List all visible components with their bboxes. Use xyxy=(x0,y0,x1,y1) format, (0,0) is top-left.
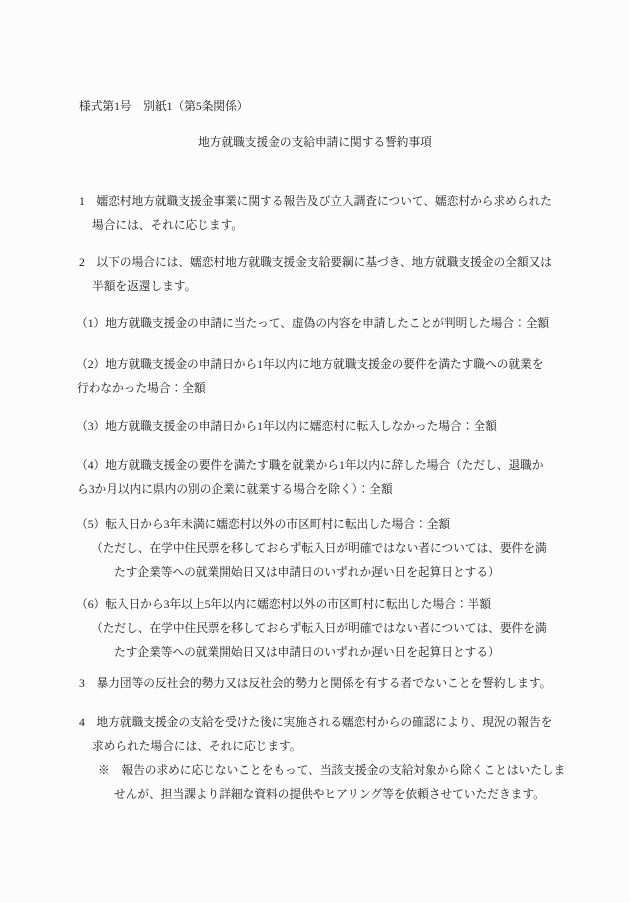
text-line: ら3か月以内に県内の別の企業に就業する場合を除く）：全額 xyxy=(0,478,630,502)
item-1: （1）地方就職支援金の申請に当たって、虚偽の内容を申請したことが判明した場合：全… xyxy=(0,312,630,336)
text-line: ※ 報告の求めに応じないことをもって、当該支援金の支給対象から除くことはいたしま xyxy=(0,759,630,783)
item-4: （4）地方就職支援金の要件を満たす職を就業から1年以内に辞した場合（ただし、退職… xyxy=(0,454,630,502)
text-line: 3 暴力団等の反社会的勢力又は反社会的勢力と関係を有する者でないことを誓約します… xyxy=(0,672,630,696)
form-label: 様式第1号 別紙1（第5条関係） xyxy=(0,95,630,119)
text-line: （6）転入日から3年以上5年以内に嬬恋村以外の市区町村に転出した場合：半額 xyxy=(0,593,630,617)
text-line: 1 嬬恋村地方就職支援金事業に関する報告及び立入調査について、嬬恋村から求められ… xyxy=(0,190,630,214)
item-5: （5）転入日から3年未満に嬬恋村以外の市区町村に転出した場合：全額（ただし、在学… xyxy=(0,513,630,585)
text-line: たす企業等への就業開始日又は申請日のいずれか遅い日を起算日とする） xyxy=(0,561,630,585)
text-line: せんが、担当課より詳細な資料の提供やヒアリング等を依頼させていただきます。 xyxy=(0,783,630,807)
clause-2: 2 以下の場合には、嬬恋村地方就職支援金支給要綱に基づき、地方就職支援金の全額又… xyxy=(0,251,630,299)
text-line: （ただし、在学中住民票を移しておらず転入日が明確ではない者については、要件を満 xyxy=(0,537,630,561)
text-line: 2 以下の場合には、嬬恋村地方就職支援金支給要綱に基づき、地方就職支援金の全額又… xyxy=(0,251,630,275)
text-line: （5）転入日から3年未満に嬬恋村以外の市区町村に転出した場合：全額 xyxy=(0,513,630,537)
item-3: （3）地方就職支援金の申請日から1年以内に嬬恋村に転入しなかった場合：全額 xyxy=(0,415,630,439)
text-line: 半額を返還します。 xyxy=(0,275,630,299)
document-page: 様式第1号 別紙1（第5条関係） 地方就職支援金の支給申請に関する誓約事項 1 … xyxy=(0,0,630,903)
text-line: 行わなかった場合：全額 xyxy=(0,377,630,401)
clause-1: 1 嬬恋村地方就職支援金事業に関する報告及び立入調査について、嬬恋村から求められ… xyxy=(0,190,630,238)
text-line: 求められた場合には、それに応じます。 xyxy=(0,735,630,759)
text-line: （1）地方就職支援金の申請に当たって、虚偽の内容を申請したことが判明した場合：全… xyxy=(0,312,630,336)
clause-4: 4 地方就職支援金の支給を受けた後に実施される嬬恋村からの確認により、現況の報告… xyxy=(0,711,630,807)
text-line: （3）地方就職支援金の申請日から1年以内に嬬恋村に転入しなかった場合：全額 xyxy=(0,415,630,439)
clause-3: 3 暴力団等の反社会的勢力又は反社会的勢力と関係を有する者でないことを誓約します… xyxy=(0,672,630,696)
text-line: （ただし、在学中住民票を移しておらず転入日が明確ではない者については、要件を満 xyxy=(0,617,630,641)
document-title: 地方就職支援金の支給申請に関する誓約事項 xyxy=(0,131,630,155)
text-line: （4）地方就職支援金の要件を満たす職を就業から1年以内に辞した場合（ただし、退職… xyxy=(0,454,630,478)
text-line: 4 地方就職支援金の支給を受けた後に実施される嬬恋村からの確認により、現況の報告… xyxy=(0,711,630,735)
text-line: （2）地方就職支援金の申請日から1年以内に地方就職支援金の要件を満たす職への就業… xyxy=(0,353,630,377)
item-2: （2）地方就職支援金の申請日から1年以内に地方就職支援金の要件を満たす職への就業… xyxy=(0,353,630,401)
item-6: （6）転入日から3年以上5年以内に嬬恋村以外の市区町村に転出した場合：半額（ただ… xyxy=(0,593,630,665)
text-line: たす企業等への就業開始日又は申請日のいずれか遅い日を起算日とする） xyxy=(0,641,630,665)
text-line: 場合には、それに応じます。 xyxy=(0,214,630,238)
